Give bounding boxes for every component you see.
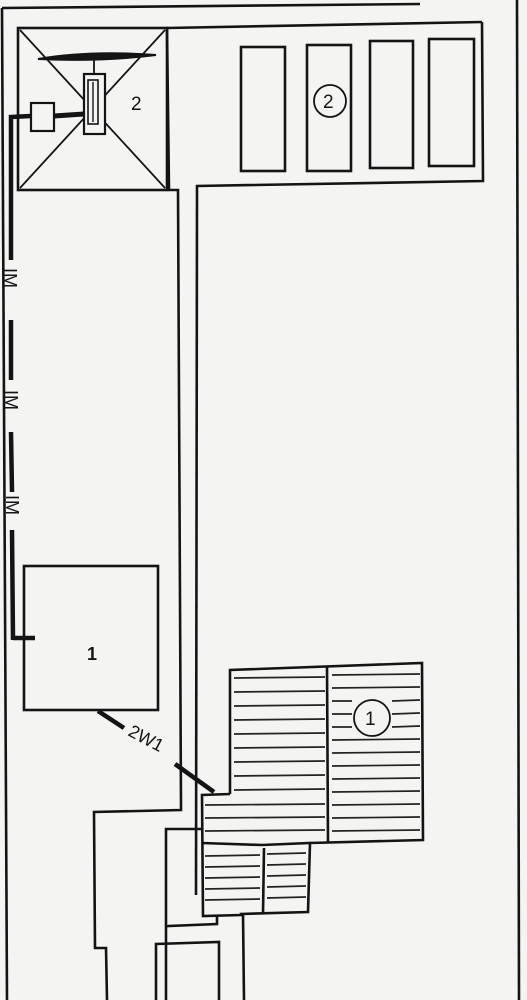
relay-bank-callout: 2 xyxy=(323,92,334,113)
bottom-structure xyxy=(94,806,244,1000)
control-module: 1 xyxy=(24,566,158,710)
outer-frame xyxy=(2,0,519,1000)
relay-icon xyxy=(84,74,105,134)
connector-block: 1 xyxy=(202,663,423,916)
diagram-canvas: 2 IM IM IM 2 1 2W1 xyxy=(0,0,527,1000)
connector-callout: 1 xyxy=(365,709,376,730)
relay-slot-4 xyxy=(429,39,474,166)
relay-slot-1 xyxy=(241,47,285,171)
relay-slot-3 xyxy=(370,41,413,168)
module-label: 1 xyxy=(87,644,97,664)
relay-box: 2 xyxy=(11,28,167,260)
wire-label-im-1: IM xyxy=(0,268,20,288)
harness-label: 2W1 xyxy=(125,721,167,756)
wire-label-im-2: IM xyxy=(1,390,21,410)
relay-bank: 2 xyxy=(196,22,483,895)
left-compartment xyxy=(167,22,482,806)
connector-icon xyxy=(31,103,54,131)
relay-box-label: 2 xyxy=(131,94,142,115)
wire-label-im-3: IM xyxy=(2,495,22,515)
